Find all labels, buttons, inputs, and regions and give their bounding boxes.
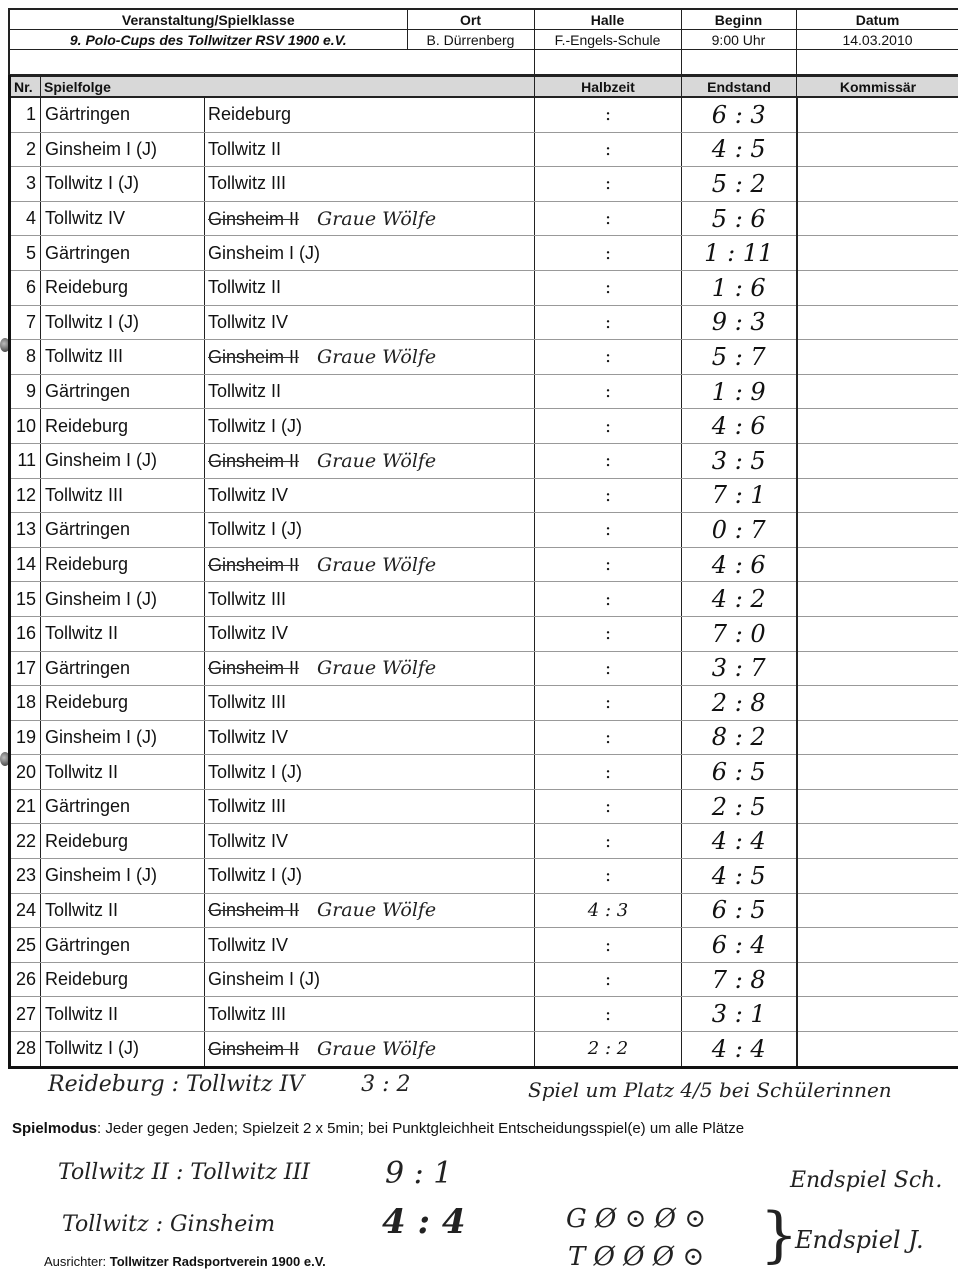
match-number: 28 bbox=[10, 1032, 41, 1068]
final-score: 4 : 4 bbox=[682, 1032, 797, 1068]
commissioner-cell bbox=[797, 1032, 958, 1068]
home-team: Tollwitz I (J) bbox=[41, 305, 205, 340]
table-row: 23Ginsheim I (J)Tollwitz I (J):4 : 5 bbox=[10, 859, 958, 894]
match-number: 17 bbox=[10, 651, 41, 686]
brace: } bbox=[760, 1200, 798, 1270]
table-row: 7Tollwitz I (J)Tollwitz IV:9 : 3 bbox=[10, 305, 958, 340]
table-row: 19Ginsheim I (J)Tollwitz IV:8 : 2 bbox=[10, 720, 958, 755]
commissioner-cell bbox=[797, 686, 958, 721]
commissioner-cell bbox=[797, 962, 958, 997]
commissioner-cell bbox=[797, 478, 958, 513]
match-number: 9 bbox=[10, 374, 41, 409]
away-team-cell: Tollwitz IV bbox=[205, 928, 535, 963]
commissioner-cell bbox=[797, 547, 958, 582]
final-score: 1 : 9 bbox=[682, 374, 797, 409]
empty-cell bbox=[407, 50, 534, 75]
col-halftime: Halbzeit bbox=[535, 76, 682, 97]
halftime-score: : bbox=[535, 824, 682, 859]
away-team: Ginsheim I (J) bbox=[208, 243, 320, 263]
away-team-cell: Tollwitz IV bbox=[205, 305, 535, 340]
away-team-cell: Tollwitz II bbox=[205, 132, 535, 167]
replacement-note: Graue Wölfe bbox=[317, 346, 436, 368]
away-team-cell: Tollwitz I (J) bbox=[205, 409, 535, 444]
away-team-cell: Tollwitz III bbox=[205, 789, 535, 824]
placement-teams: Reideburg : Tollwitz IV bbox=[48, 1072, 304, 1097]
home-team: Gärtringen bbox=[41, 651, 205, 686]
away-team-cell: Ginsheim IIGraue Wölfe bbox=[205, 340, 535, 375]
halftime-score: : bbox=[535, 755, 682, 790]
away-team-cell: Ginsheim IIGraue Wölfe bbox=[205, 1032, 535, 1068]
commissioner-cell bbox=[797, 789, 958, 824]
away-team: Tollwitz III bbox=[208, 589, 286, 609]
commissioner-cell bbox=[797, 409, 958, 444]
away-team: Ginsheim II bbox=[208, 555, 299, 575]
final-score: 3 : 7 bbox=[682, 651, 797, 686]
halftime-score: : bbox=[535, 305, 682, 340]
match-number: 22 bbox=[10, 824, 41, 859]
final-score: 0 : 7 bbox=[682, 513, 797, 548]
home-team: Ginsheim I (J) bbox=[41, 443, 205, 478]
home-team: Gärtringen bbox=[41, 236, 205, 271]
commissioner-cell bbox=[797, 859, 958, 894]
hall-value: F.-Engels-Schule bbox=[534, 30, 681, 50]
final-score: 9 : 3 bbox=[682, 305, 797, 340]
date-label: Datum bbox=[796, 9, 958, 30]
away-team-cell: Tollwitz IV bbox=[205, 720, 535, 755]
empty-cell bbox=[534, 50, 681, 75]
halftime-score: : bbox=[535, 167, 682, 202]
final-score: 5 : 6 bbox=[682, 201, 797, 236]
away-team: Reideburg bbox=[208, 104, 291, 124]
table-row: 3Tollwitz I (J)Tollwitz III:5 : 2 bbox=[10, 167, 958, 202]
away-team: Tollwitz IV bbox=[208, 312, 288, 332]
final-score: 2 : 8 bbox=[682, 686, 797, 721]
final-score: 3 : 5 bbox=[682, 443, 797, 478]
commissioner-cell bbox=[797, 305, 958, 340]
table-row: 21GärtringenTollwitz III:2 : 5 bbox=[10, 789, 958, 824]
away-team-cell: Tollwitz III bbox=[205, 167, 535, 202]
table-row: 6ReideburgTollwitz II:1 : 6 bbox=[10, 270, 958, 305]
home-team: Ginsheim I (J) bbox=[41, 582, 205, 617]
halftime-score: : bbox=[535, 513, 682, 548]
away-team-cell: Tollwitz IV bbox=[205, 824, 535, 859]
match-number: 12 bbox=[10, 478, 41, 513]
away-team: Tollwitz II bbox=[208, 139, 281, 159]
commissioner-cell bbox=[797, 582, 958, 617]
replacement-note: Graue Wölfe bbox=[317, 450, 436, 472]
empty-cell bbox=[9, 50, 407, 75]
home-team: Gärtringen bbox=[41, 374, 205, 409]
match-number: 8 bbox=[10, 340, 41, 375]
table-row: 17GärtringenGinsheim IIGraue Wölfe:3 : 7 bbox=[10, 651, 958, 686]
match-number: 2 bbox=[10, 132, 41, 167]
table-row: 16Tollwitz IITollwitz IV:7 : 0 bbox=[10, 616, 958, 651]
home-team: Tollwitz II bbox=[41, 755, 205, 790]
home-team: Tollwitz III bbox=[41, 340, 205, 375]
away-team: Tollwitz IV bbox=[208, 935, 288, 955]
halftime-score: : bbox=[535, 340, 682, 375]
commissioner-cell bbox=[797, 236, 958, 271]
col-commissioner: Kommissär bbox=[797, 76, 958, 97]
start-label: Beginn bbox=[681, 9, 796, 30]
table-row: 8Tollwitz IIIGinsheim IIGraue Wölfe:5 : … bbox=[10, 340, 958, 375]
commissioner-cell bbox=[797, 824, 958, 859]
table-row: 26ReideburgGinsheim I (J):7 : 8 bbox=[10, 962, 958, 997]
away-team: Ginsheim II bbox=[208, 900, 299, 920]
match-number: 23 bbox=[10, 859, 41, 894]
away-team: Tollwitz I (J) bbox=[208, 762, 302, 782]
halftime-score: : bbox=[535, 478, 682, 513]
table-row: 10ReideburgTollwitz I (J):4 : 6 bbox=[10, 409, 958, 444]
home-team: Gärtringen bbox=[41, 97, 205, 132]
commissioner-cell bbox=[797, 201, 958, 236]
away-team-cell: Ginsheim IIGraue Wölfe bbox=[205, 547, 535, 582]
commissioner-cell bbox=[797, 755, 958, 790]
table-row: 5GärtringenGinsheim I (J):1 : 11 bbox=[10, 236, 958, 271]
final-score: 4 : 2 bbox=[682, 582, 797, 617]
match-number: 4 bbox=[10, 201, 41, 236]
halftime-score: : bbox=[535, 928, 682, 963]
col-order: Spielfolge bbox=[41, 76, 535, 97]
halftime-score: : bbox=[535, 582, 682, 617]
commissioner-cell bbox=[797, 97, 958, 132]
commissioner-cell bbox=[797, 340, 958, 375]
shootout-tollwitz: T Ø Ø Ø ⊙ bbox=[568, 1242, 704, 1272]
away-team: Ginsheim II bbox=[208, 451, 299, 471]
final-score: 4 : 5 bbox=[682, 859, 797, 894]
away-team-cell: Ginsheim IIGraue Wölfe bbox=[205, 893, 535, 928]
halftime-score: : bbox=[535, 132, 682, 167]
home-team: Tollwitz IV bbox=[41, 201, 205, 236]
final-score: 7 : 0 bbox=[682, 616, 797, 651]
away-team-cell: Tollwitz IV bbox=[205, 616, 535, 651]
table-row: 28Tollwitz I (J)Ginsheim IIGraue Wölfe2 … bbox=[10, 1032, 958, 1068]
final2-label: Endspiel J. bbox=[795, 1226, 924, 1254]
table-row: 12Tollwitz IIITollwitz IV:7 : 1 bbox=[10, 478, 958, 513]
halftime-score: : bbox=[535, 443, 682, 478]
halftime-score: : bbox=[535, 962, 682, 997]
match-number: 3 bbox=[10, 167, 41, 202]
match-sheet: Veranstaltung/Spielklasse Ort Halle Begi… bbox=[8, 8, 958, 1069]
away-team: Tollwitz II bbox=[208, 277, 281, 297]
away-team-cell: Ginsheim I (J) bbox=[205, 236, 535, 271]
match-number: 1 bbox=[10, 97, 41, 132]
date-value: 14.03.2010 bbox=[796, 30, 958, 50]
home-team: Ginsheim I (J) bbox=[41, 132, 205, 167]
halftime-score: : bbox=[535, 547, 682, 582]
away-team: Tollwitz IV bbox=[208, 727, 288, 747]
away-team-cell: Tollwitz III bbox=[205, 686, 535, 721]
away-team: Tollwitz I (J) bbox=[208, 416, 302, 436]
away-team: Tollwitz IV bbox=[208, 485, 288, 505]
col-nr: Nr. bbox=[10, 76, 41, 97]
final-score: 4 : 5 bbox=[682, 132, 797, 167]
match-number: 26 bbox=[10, 962, 41, 997]
table-row: 2Ginsheim I (J)Tollwitz II:4 : 5 bbox=[10, 132, 958, 167]
home-team: Reideburg bbox=[41, 962, 205, 997]
final2-match: Tollwitz : Ginsheim bbox=[62, 1212, 275, 1237]
away-team: Tollwitz III bbox=[208, 692, 286, 712]
away-team-cell: Ginsheim IIGraue Wölfe bbox=[205, 651, 535, 686]
commissioner-cell bbox=[797, 651, 958, 686]
final-score: 4 : 4 bbox=[682, 824, 797, 859]
home-team: Reideburg bbox=[41, 409, 205, 444]
final-score: 8 : 2 bbox=[682, 720, 797, 755]
table-row: 24Tollwitz IIGinsheim IIGraue Wölfe4 : 3… bbox=[10, 893, 958, 928]
table-row: 14ReideburgGinsheim IIGraue Wölfe:4 : 6 bbox=[10, 547, 958, 582]
halftime-score: : bbox=[535, 616, 682, 651]
match-number: 7 bbox=[10, 305, 41, 340]
away-team: Tollwitz I (J) bbox=[208, 519, 302, 539]
match-number: 15 bbox=[10, 582, 41, 617]
match-number: 16 bbox=[10, 616, 41, 651]
halftime-score: 2 : 2 bbox=[535, 1032, 682, 1068]
placement-score: 3 : 2 bbox=[361, 1072, 410, 1097]
home-team: Tollwitz II bbox=[41, 616, 205, 651]
home-team: Ginsheim I (J) bbox=[41, 859, 205, 894]
home-team: Tollwitz I (J) bbox=[41, 167, 205, 202]
table-row: 15Ginsheim I (J)Tollwitz III:4 : 2 bbox=[10, 582, 958, 617]
location-value: B. Dürrenberg bbox=[407, 30, 534, 50]
away-team: Tollwitz I (J) bbox=[208, 865, 302, 885]
home-team: Tollwitz I (J) bbox=[41, 1032, 205, 1068]
commissioner-cell bbox=[797, 443, 958, 478]
match-number: 20 bbox=[10, 755, 41, 790]
final-score: 1 : 11 bbox=[682, 236, 797, 271]
commissioner-cell bbox=[797, 132, 958, 167]
commissioner-cell bbox=[797, 997, 958, 1032]
table-row: 1GärtringenReideburg:6 : 3 bbox=[10, 97, 958, 132]
column-header-row: Nr. Spielfolge Halbzeit Endstand Kommiss… bbox=[10, 76, 958, 97]
final-score: 5 : 2 bbox=[682, 167, 797, 202]
away-team: Tollwitz III bbox=[208, 796, 286, 816]
halftime-score: 4 : 3 bbox=[535, 893, 682, 928]
placement-match: Reideburg : Tollwitz IV 3 : 2 bbox=[48, 1072, 411, 1097]
match-number: 6 bbox=[10, 270, 41, 305]
final-score: 1 : 6 bbox=[682, 270, 797, 305]
replacement-note: Graue Wölfe bbox=[317, 657, 436, 679]
away-team-cell: Ginsheim IIGraue Wölfe bbox=[205, 201, 535, 236]
away-team-cell: Tollwitz I (J) bbox=[205, 859, 535, 894]
halftime-score: : bbox=[535, 270, 682, 305]
empty-cell bbox=[681, 50, 796, 75]
match-number: 19 bbox=[10, 720, 41, 755]
location-label: Ort bbox=[407, 9, 534, 30]
away-team-cell: Tollwitz III bbox=[205, 997, 535, 1032]
away-team: Tollwitz III bbox=[208, 173, 286, 193]
home-team: Gärtringen bbox=[41, 513, 205, 548]
final-score: 7 : 8 bbox=[682, 962, 797, 997]
event-header-table: Veranstaltung/Spielklasse Ort Halle Begi… bbox=[8, 8, 958, 75]
final-score: 4 : 6 bbox=[682, 409, 797, 444]
placement-note: Spiel um Platz 4/5 bei Schülerinnen bbox=[528, 1078, 892, 1102]
match-number: 14 bbox=[10, 547, 41, 582]
halftime-score: : bbox=[535, 97, 682, 132]
away-team-cell: Reideburg bbox=[205, 97, 535, 132]
away-team-cell: Tollwitz III bbox=[205, 582, 535, 617]
away-team: Tollwitz III bbox=[208, 1004, 286, 1024]
away-team-cell: Tollwitz I (J) bbox=[205, 755, 535, 790]
hall-label: Halle bbox=[534, 9, 681, 30]
match-number: 25 bbox=[10, 928, 41, 963]
table-row: 18ReideburgTollwitz III:2 : 8 bbox=[10, 686, 958, 721]
host: Ausrichter: Tollwitzer Radsportverein 19… bbox=[44, 1254, 326, 1269]
away-team: Ginsheim II bbox=[208, 347, 299, 367]
final-score: 7 : 1 bbox=[682, 478, 797, 513]
halftime-score: : bbox=[535, 236, 682, 271]
home-team: Tollwitz II bbox=[41, 893, 205, 928]
away-team-cell: Tollwitz II bbox=[205, 374, 535, 409]
away-team-cell: Ginsheim I (J) bbox=[205, 962, 535, 997]
away-team: Tollwitz IV bbox=[208, 831, 288, 851]
match-number: 21 bbox=[10, 789, 41, 824]
final-score: 5 : 7 bbox=[682, 340, 797, 375]
halftime-score: : bbox=[535, 409, 682, 444]
halftime-score: : bbox=[535, 859, 682, 894]
away-team: Ginsheim I (J) bbox=[208, 969, 320, 989]
game-mode-text: : Jeder gegen Jeden; Spielzeit 2 x 5min;… bbox=[97, 1120, 744, 1137]
table-row: 25GärtringenTollwitz IV:6 : 4 bbox=[10, 928, 958, 963]
table-row: 9GärtringenTollwitz II:1 : 9 bbox=[10, 374, 958, 409]
final-score: 2 : 5 bbox=[682, 789, 797, 824]
match-number: 13 bbox=[10, 513, 41, 548]
replacement-note: Graue Wölfe bbox=[317, 208, 436, 230]
halftime-score: : bbox=[535, 720, 682, 755]
match-number: 5 bbox=[10, 236, 41, 271]
halftime-score: : bbox=[535, 686, 682, 721]
halftime-score: : bbox=[535, 789, 682, 824]
match-table: Nr. Spielfolge Halbzeit Endstand Kommiss… bbox=[8, 75, 958, 1069]
table-row: 11Ginsheim I (J)Ginsheim IIGraue Wölfe:3… bbox=[10, 443, 958, 478]
commissioner-cell bbox=[797, 928, 958, 963]
home-team: Gärtringen bbox=[41, 928, 205, 963]
match-number: 27 bbox=[10, 997, 41, 1032]
final-score: 6 : 4 bbox=[682, 928, 797, 963]
replacement-note: Graue Wölfe bbox=[317, 1038, 436, 1060]
replacement-note: Graue Wölfe bbox=[317, 899, 436, 921]
away-team: Ginsheim II bbox=[208, 658, 299, 678]
final-score: 6 : 3 bbox=[682, 97, 797, 132]
match-number: 10 bbox=[10, 409, 41, 444]
commissioner-cell bbox=[797, 720, 958, 755]
empty-cell bbox=[796, 50, 958, 75]
game-mode: Spielmodus: Jeder gegen Jeden; Spielzeit… bbox=[12, 1120, 744, 1137]
start-value: 9:00 Uhr bbox=[681, 30, 796, 50]
table-row: 13GärtringenTollwitz I (J):0 : 7 bbox=[10, 513, 958, 548]
away-team-cell: Tollwitz IV bbox=[205, 478, 535, 513]
table-row: 20Tollwitz IITollwitz I (J):6 : 5 bbox=[10, 755, 958, 790]
halftime-score: : bbox=[535, 201, 682, 236]
away-team: Tollwitz IV bbox=[208, 623, 288, 643]
halftime-score: : bbox=[535, 651, 682, 686]
table-row: 22ReideburgTollwitz IV:4 : 4 bbox=[10, 824, 958, 859]
home-team: Reideburg bbox=[41, 547, 205, 582]
away-team: Ginsheim II bbox=[208, 1039, 299, 1059]
replacement-note: Graue Wölfe bbox=[317, 554, 436, 576]
shootout-ginsheim: G Ø ⊙ Ø ⊙ bbox=[566, 1204, 706, 1234]
home-team: Reideburg bbox=[41, 270, 205, 305]
commissioner-cell bbox=[797, 616, 958, 651]
away-team: Tollwitz II bbox=[208, 381, 281, 401]
final-score: 4 : 6 bbox=[682, 547, 797, 582]
commissioner-cell bbox=[797, 513, 958, 548]
final-score: 6 : 5 bbox=[682, 893, 797, 928]
away-team-cell: Tollwitz II bbox=[205, 270, 535, 305]
final1-label: Endspiel Sch. bbox=[790, 1168, 942, 1193]
away-team-cell: Ginsheim IIGraue Wölfe bbox=[205, 443, 535, 478]
commissioner-cell bbox=[797, 374, 958, 409]
final-score: 3 : 1 bbox=[682, 997, 797, 1032]
halftime-score: : bbox=[535, 374, 682, 409]
final-score: 6 : 5 bbox=[682, 755, 797, 790]
away-team: Ginsheim II bbox=[208, 209, 299, 229]
table-row: 27Tollwitz IITollwitz III:3 : 1 bbox=[10, 997, 958, 1032]
match-number: 24 bbox=[10, 893, 41, 928]
event-label: Veranstaltung/Spielklasse bbox=[9, 9, 407, 30]
home-team: Gärtringen bbox=[41, 789, 205, 824]
final1-match: Tollwitz II : Tollwitz III bbox=[58, 1160, 310, 1185]
table-row: 4Tollwitz IVGinsheim IIGraue Wölfe:5 : 6 bbox=[10, 201, 958, 236]
commissioner-cell bbox=[797, 167, 958, 202]
final1-score: 9 : 1 bbox=[385, 1156, 452, 1191]
away-team-cell: Tollwitz I (J) bbox=[205, 513, 535, 548]
home-team: Reideburg bbox=[41, 824, 205, 859]
final2-score: 4 : 4 bbox=[382, 1202, 466, 1242]
match-number: 11 bbox=[10, 443, 41, 478]
home-team: Tollwitz III bbox=[41, 478, 205, 513]
event-value: 9. Polo-Cups des Tollwitzer RSV 1900 e.V… bbox=[9, 30, 407, 50]
host-name: Tollwitzer Radsportverein 1900 e.V. bbox=[110, 1254, 326, 1269]
match-number: 18 bbox=[10, 686, 41, 721]
home-team: Tollwitz II bbox=[41, 997, 205, 1032]
halftime-score: : bbox=[535, 997, 682, 1032]
commissioner-cell bbox=[797, 893, 958, 928]
col-final: Endstand bbox=[682, 76, 797, 97]
game-mode-label: Spielmodus bbox=[12, 1120, 97, 1137]
commissioner-cell bbox=[797, 270, 958, 305]
host-label: Ausrichter: bbox=[44, 1254, 110, 1269]
home-team: Ginsheim I (J) bbox=[41, 720, 205, 755]
home-team: Reideburg bbox=[41, 686, 205, 721]
